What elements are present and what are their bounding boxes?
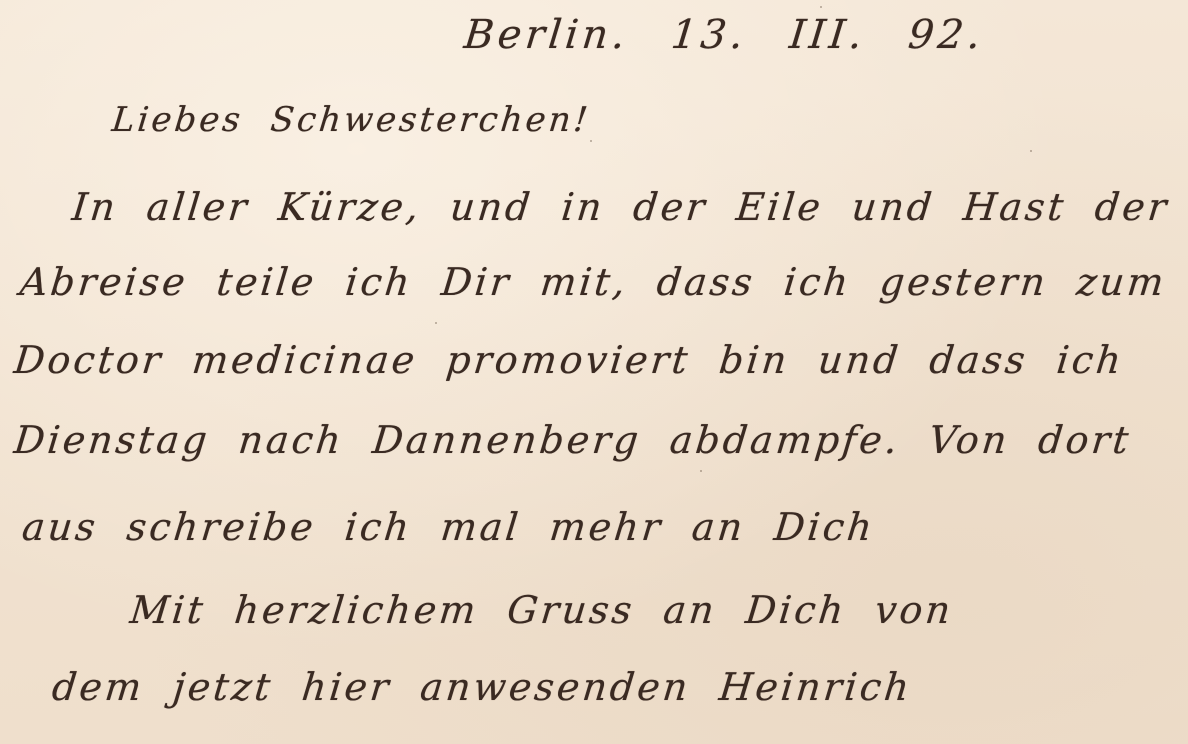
body-line-3: Doctor medicinae promoviert bin und dass…	[12, 338, 1126, 382]
paper-speck	[1030, 150, 1032, 152]
place-and-date: Berlin. 13. III. 92.	[462, 12, 987, 58]
body-line-4: Dienstag nach Dannenberg abdampfe. Von d…	[12, 418, 1133, 462]
paper-speck	[700, 470, 702, 472]
paper-speck	[590, 140, 592, 142]
paper-speck	[820, 6, 822, 8]
body-line-2: Abreise teile ich Dir mit, dass ich gest…	[18, 260, 1169, 304]
body-line-5: aus schreibe ich mal mehr an Dich	[20, 505, 877, 549]
salutation: Liebes Schwesterchen!	[110, 100, 592, 140]
closing-line-1: Mit herzlichem Gruss an Dich von	[128, 588, 955, 632]
handwritten-letter: Berlin. 13. III. 92. Liebes Schwesterche…	[0, 0, 1188, 744]
paper-speck	[435, 322, 437, 324]
closing-line-signature: dem jetzt hier anwesenden Heinrich	[50, 665, 914, 709]
body-line-1: In aller Kürze, und in der Eile und Hast…	[70, 185, 1171, 229]
